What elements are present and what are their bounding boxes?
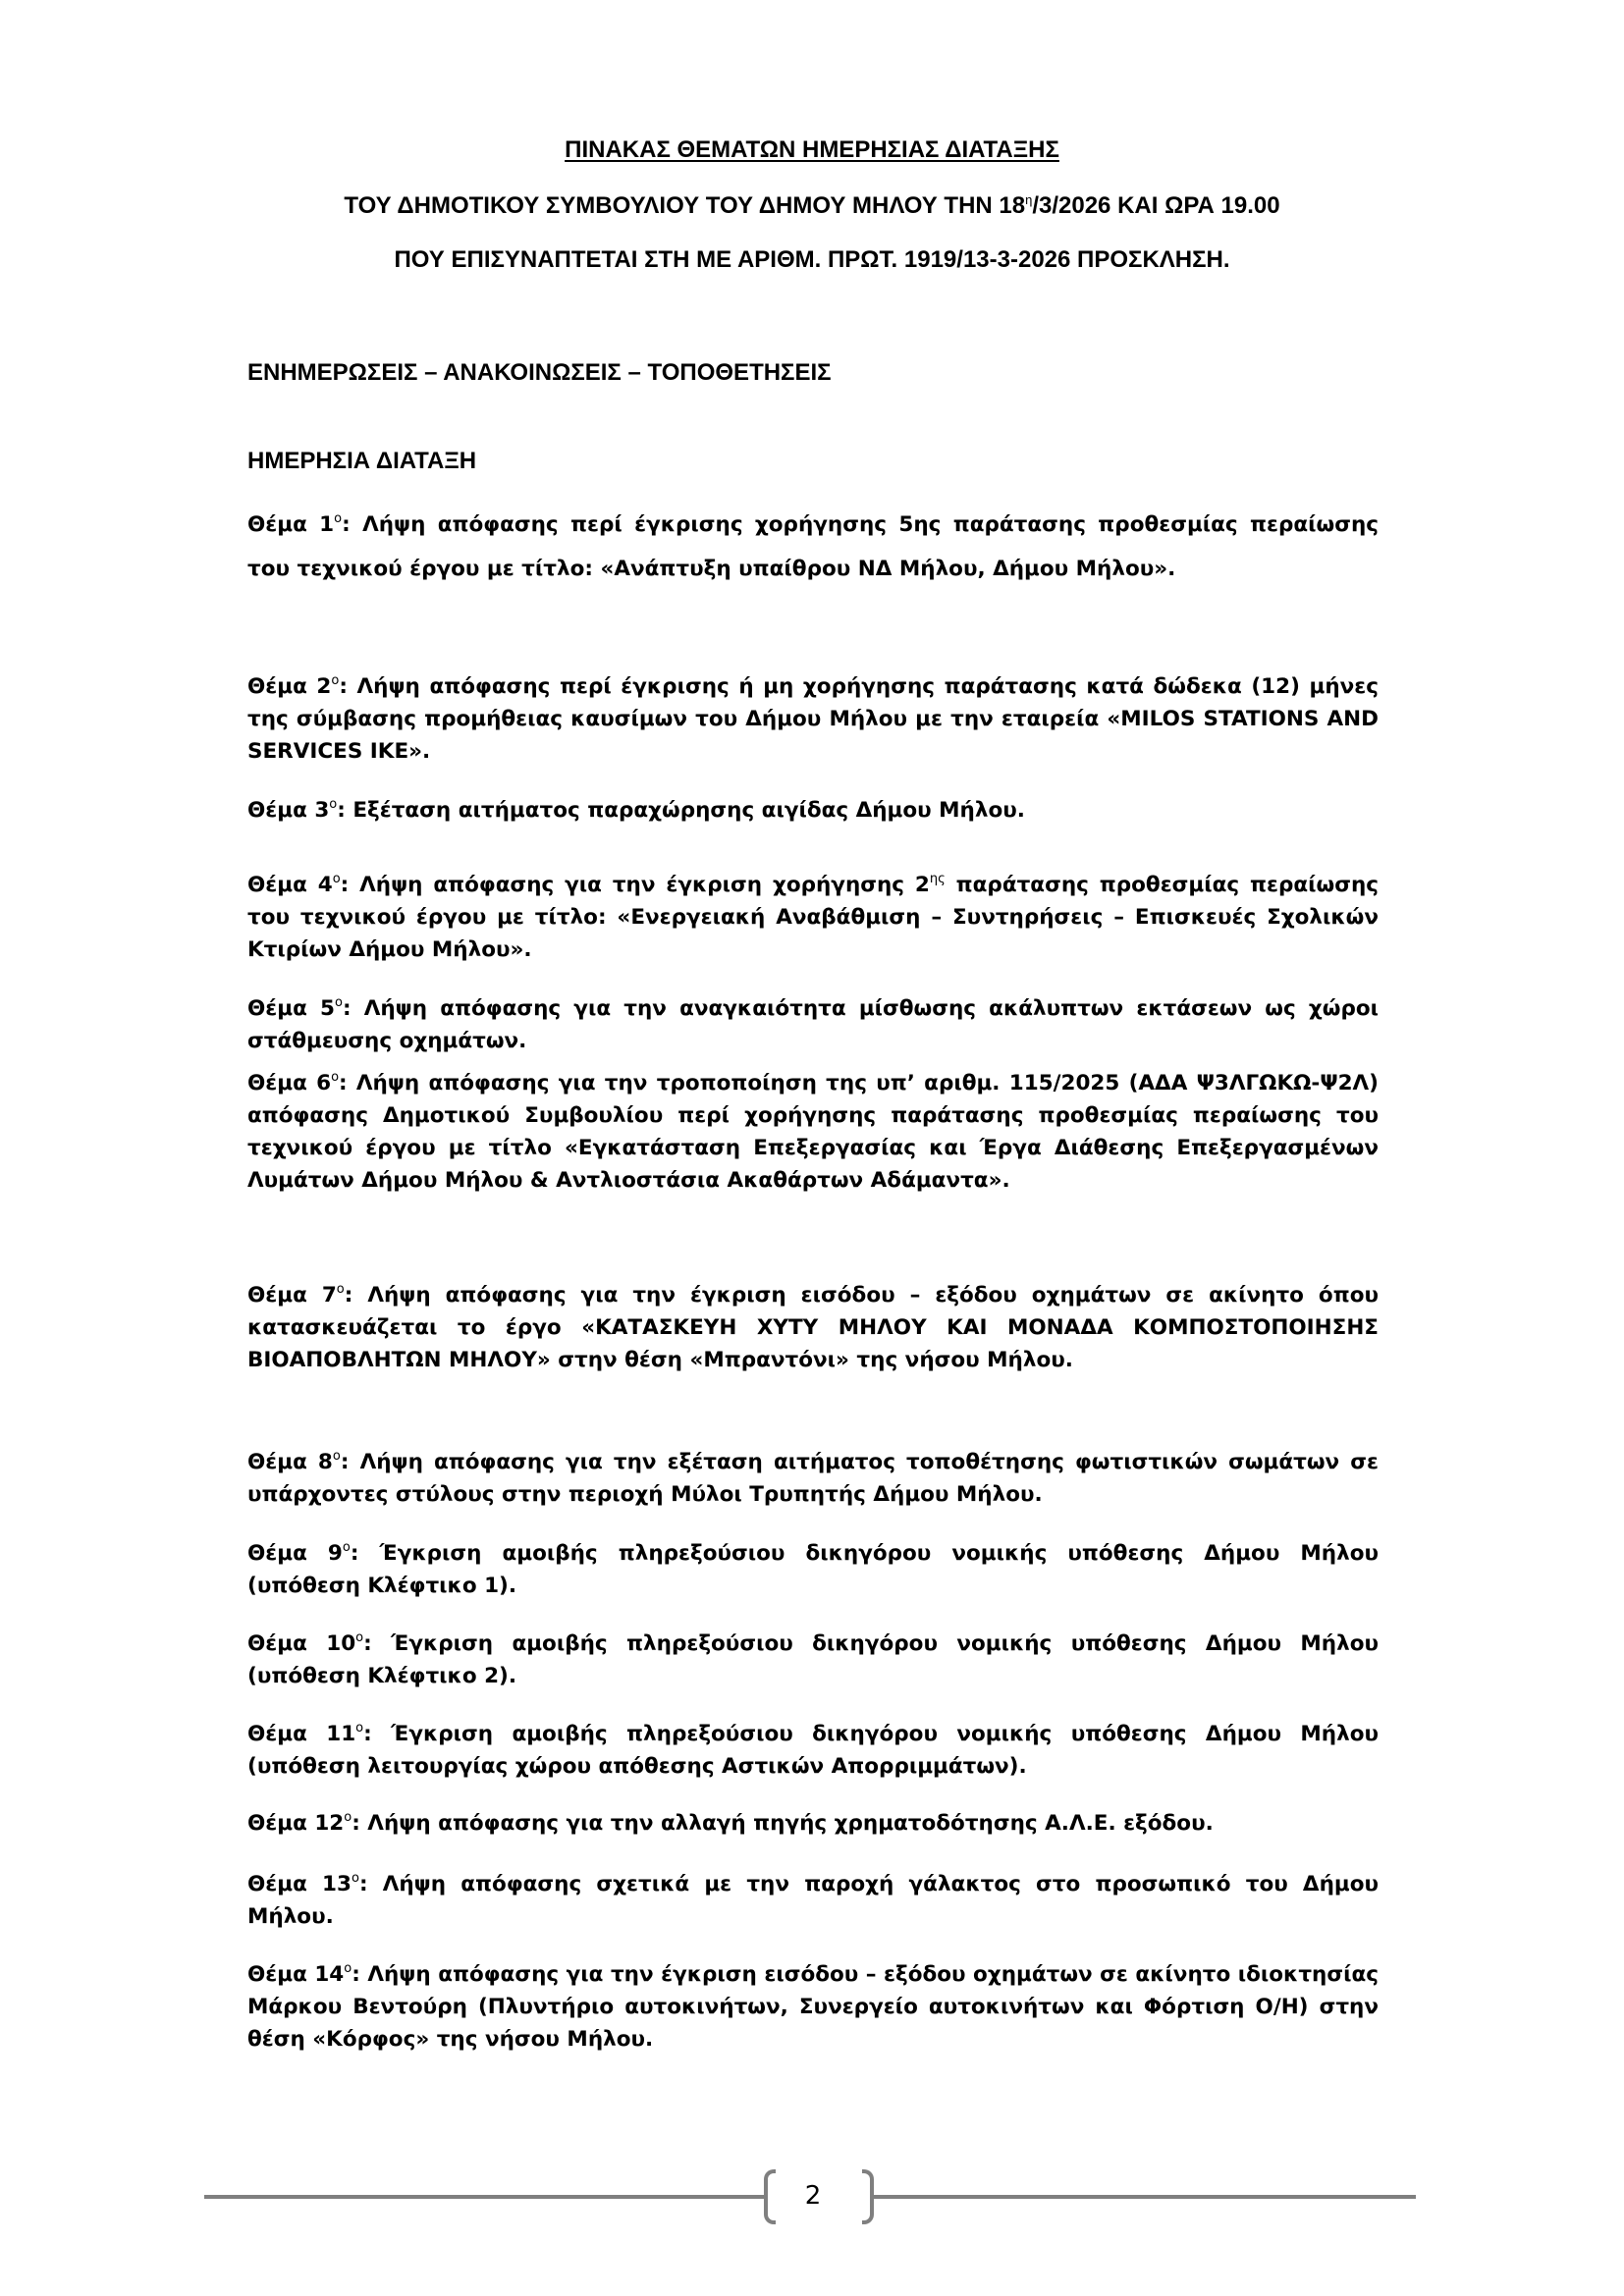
agenda-item: Θέμα 10ο: Έγκριση αμοιβής πληρεξούσιου δ… <box>247 1628 1379 1692</box>
agenda-item-label: Θέμα 7 <box>247 1283 337 1308</box>
agenda-item: Θέμα 1ο: Λήψη απόφασης περί έγκρισης χορ… <box>247 503 1379 591</box>
ordinal-suffix: ο <box>333 872 341 886</box>
ordinal-suffix: ο <box>333 1449 341 1464</box>
ordinal-suffix: ο <box>355 1721 363 1735</box>
footer-rule-right <box>872 2195 1416 2199</box>
agenda-item-text: : Λήψη απόφασης περί έγκρισης ή μη χορήγ… <box>247 674 1379 764</box>
ordinal-suffix: ο <box>343 1540 351 1555</box>
agenda-item-text: : Λήψη απόφασης για την έγκριση εισόδου … <box>247 1962 1379 2052</box>
agenda-item: Θέμα 8ο: Λήψη απόφασης για την εξέταση α… <box>247 1446 1379 1511</box>
agenda-item-label: Θέμα 14 <box>247 1962 344 1987</box>
agenda-item-text: : Λήψη απόφασης για την έγκριση χορήγηση… <box>341 873 930 897</box>
section-announcements: ΕΝΗΜΕΡΩΣΕΙΣ – ΑΝΑΚΟΙΝΩΣΕΙΣ – ΤΟΠΟΘΕΤΗΣΕΙ… <box>247 358 832 388</box>
agenda-item: Θέμα 6ο: Λήψη απόφασης για την τροποποίη… <box>247 1067 1379 1197</box>
agenda-item: Θέμα 13ο: Λήψη απόφασης σχετικά με την π… <box>247 1868 1379 1933</box>
right-bracket-icon <box>862 2169 874 2224</box>
agenda-item-text: : Λήψη απόφασης για την εξέταση αιτήματο… <box>247 1450 1379 1507</box>
agenda-item-label: Θέμα 3 <box>247 798 329 823</box>
ordinal-suffix: ο <box>335 995 343 1010</box>
ordinal-suffix: ο <box>331 1070 339 1085</box>
agenda-item: Θέμα 4ο: Λήψη απόφασης για την έγκριση χ… <box>247 869 1379 966</box>
section-agenda: ΗΜΕΡΗΣΙΑ ΔΙΑΤΑΞΗ <box>247 447 476 476</box>
agenda-item-text: : Λήψη απόφασης σχετικά με την παροχή γά… <box>247 1872 1379 1929</box>
ordinal-suffix: ης <box>930 872 946 886</box>
agenda-item-label: Θέμα 2 <box>247 674 331 699</box>
meeting-date-line: ΤΟΥ ΔΗΜΟΤΙΚΟΥ ΣΥΜΒΟΥΛΙΟΥ ΤΟΥ ΔΗΜΟΥ ΜΗΛΟΥ… <box>0 191 1624 221</box>
agenda-item: Θέμα 5ο: Λήψη απόφασης για την αναγκαιότ… <box>247 992 1379 1057</box>
agenda-item-label: Θέμα 6 <box>247 1071 331 1095</box>
agenda-item-label: Θέμα 1 <box>247 512 334 537</box>
ordinal-suffix: ο <box>355 1630 363 1645</box>
agenda-item-text: : Εξέταση αιτήματος παραχώρησης αιγίδας … <box>337 798 1025 823</box>
agenda-item-label: Θέμα 13 <box>247 1872 352 1896</box>
agenda-item-label: Θέμα 9 <box>247 1541 343 1566</box>
agenda-item: Θέμα 12ο: Λήψη απόφασης για την αλλαγή π… <box>247 1807 1379 1840</box>
ordinal-suffix: ο <box>337 1282 345 1297</box>
agenda-item-label: Θέμα 10 <box>247 1631 355 1656</box>
agenda-item-text: : Λήψη απόφασης για την αναγκαιότητα μίσ… <box>247 996 1379 1053</box>
agenda-item-label: Θέμα 4 <box>247 873 333 897</box>
left-bracket-icon <box>764 2169 776 2224</box>
agenda-item-label: Θέμα 5 <box>247 996 335 1021</box>
agenda-item-label: Θέμα 12 <box>247 1811 344 1836</box>
agenda-item-text: : Έγκριση αμοιβής πληρεξούσιου δικηγόρου… <box>247 1541 1379 1598</box>
ordinal-suffix: ο <box>352 1871 359 1886</box>
agenda-item-text: : Έγκριση αμοιβής πληρεξούσιου δικηγόρου… <box>247 1631 1379 1688</box>
agenda-item-text: : Λήψη απόφασης για την έγκριση εισόδου … <box>247 1283 1379 1372</box>
agenda-item: Θέμα 3ο: Εξέταση αιτήματος παραχώρησης α… <box>247 794 1379 827</box>
agenda-item: Θέμα 11ο: Έγκριση αμοιβής πληρεξούσιου δ… <box>247 1718 1379 1783</box>
agenda-item: Θέμα 9ο: Έγκριση αμοιβής πληρεξούσιου δι… <box>247 1537 1379 1602</box>
agenda-item: Θέμα 14ο: Λήψη απόφασης για την έγκριση … <box>247 1958 1379 2056</box>
agenda-item-text: : Λήψη απόφασης για την τροποποίηση της … <box>247 1071 1379 1193</box>
agenda-item-text: : Έγκριση αμοιβής πληρεξούσιου δικηγόρου… <box>247 1722 1379 1779</box>
ordinal-suffix: ο <box>334 511 342 526</box>
invitation-reference-line: ΠΟΥ ΕΠΙΣΥΝΑΠΤΕΤΑΙ ΣΤΗ ΜΕ ΑΡΙΘΜ. ΠΡΩΤ. 19… <box>0 245 1624 275</box>
agenda-item-text: : Λήψη απόφασης περί έγκρισης χορήγησης … <box>247 512 1379 581</box>
agenda-item-label: Θέμα 8 <box>247 1450 333 1474</box>
agenda-item: Θέμα 7ο: Λήψη απόφασης για την έγκριση ε… <box>247 1279 1379 1376</box>
document-title: ΠΙΝΑΚΑΣ ΘΕΜΑΤΩΝ ΗΜΕΡΗΣΙΑΣ ΔΙΑΤΑΞΗΣ <box>0 135 1624 165</box>
agenda-item-label: Θέμα 11 <box>247 1722 355 1746</box>
agenda-item: Θέμα 2ο: Λήψη απόφασης περί έγκρισης ή μ… <box>247 670 1379 768</box>
agenda-item-text: : Λήψη απόφασης για την αλλαγή πηγής χρη… <box>352 1811 1214 1836</box>
footer-rule-left <box>204 2195 766 2199</box>
page-number: 2 <box>793 2179 833 2213</box>
